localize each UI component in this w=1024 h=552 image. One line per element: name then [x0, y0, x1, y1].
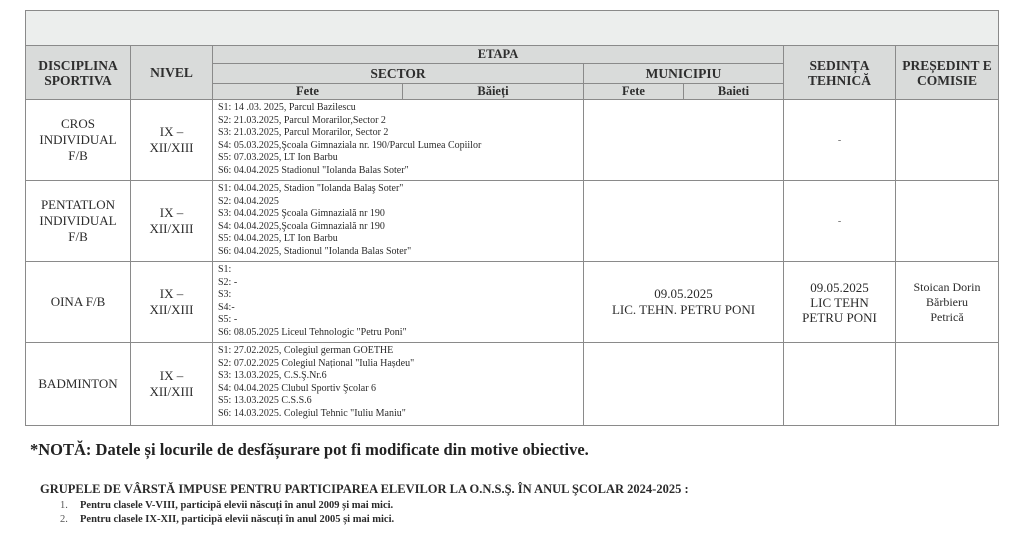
- municipiu-cell: [584, 100, 784, 181]
- sedinta-cell-line: PETRU PONI: [784, 310, 895, 325]
- disciplina-cell: PENTATLONINDIVIDUALF/B: [26, 181, 131, 262]
- sedinta-cell-line: -: [784, 133, 895, 148]
- age-group-item: 1.Pentru clasele V-VIII, participă elevi…: [60, 500, 394, 514]
- presedinte-cell-line: Bărbieru: [896, 295, 998, 310]
- sedinta-cell: [784, 343, 896, 426]
- municipiu-cell: [584, 343, 784, 426]
- header-municipiu: MUNICIPIU: [584, 64, 784, 84]
- header-etapa: ETAPA: [213, 46, 784, 64]
- nivel-cell-line: IX –: [131, 368, 212, 384]
- sector-cell-line: S5: 07.03.2025, LT Ion Barbu: [218, 152, 583, 165]
- sector-cell-line: S6: 08.05.2025 Liceul Tehnologic "Petru …: [218, 327, 583, 340]
- sector-cell-line: S4: 05.03.2025,Şcoala Gimnaziala nr. 190…: [218, 140, 583, 153]
- sector-cell-line: S6: 04.04.2025 Stadionul "Iolanda Balas …: [218, 165, 583, 178]
- age-groups-list: 1.Pentru clasele V-VIII, participă elevi…: [60, 500, 394, 528]
- sector-cell: S1: 04.04.2025, Stadion "Iolanda Balaş S…: [213, 181, 584, 262]
- municipiu-cell-line: 09.05.2025: [584, 286, 783, 302]
- sedinta-cell: 09.05.2025LIC TEHNPETRU PONI: [784, 262, 896, 343]
- disciplina-cell-line: OINA F/B: [26, 294, 130, 310]
- sector-cell-line: S6: 04.04.2025, Stadionul "Iolanda Balas…: [218, 246, 583, 259]
- sector-cell: S1:S2: -S3:S4:-S5: -S6: 08.05.2025 Liceu…: [213, 262, 584, 343]
- nivel-cell: IX –XII/XIII: [131, 343, 213, 426]
- header-disciplina: DISCIPLINA SPORTIVA: [26, 46, 131, 100]
- disciplina-cell: OINA F/B: [26, 262, 131, 343]
- header-sector-fete: Fete: [213, 84, 403, 100]
- table-row: CROSINDIVIDUALF/BIX –XII/XIIIS1: 14 .03.…: [26, 100, 999, 181]
- sector-cell-line: S3: 04.04.2025 Şcoala Gimnazială nr 190: [218, 208, 583, 221]
- sector-cell-line: S2: 04.04.2025: [218, 196, 583, 209]
- item-number: 1.: [60, 500, 80, 511]
- disciplina-cell-line: INDIVIDUAL: [26, 132, 130, 148]
- header-sedinta: SEDINȚA TEHNICĂ: [784, 46, 896, 100]
- sedinta-cell: -: [784, 100, 896, 181]
- sector-cell-line: S2: 07.02.2025 Colegiul Național "Iulia …: [218, 358, 583, 371]
- sector-cell-line: S6: 14.03.2025. Colegiul Tehnic "Iuliu M…: [218, 408, 583, 421]
- item-text: Pentru clasele V-VIII, participă elevii …: [80, 500, 393, 511]
- presedinte-cell-line: Stoican Dorin: [896, 280, 998, 295]
- nivel-cell: IX –XII/XIII: [131, 262, 213, 343]
- table-body: CROSINDIVIDUALF/BIX –XII/XIIIS1: 14 .03.…: [26, 100, 999, 426]
- nivel-cell-line: IX –: [131, 124, 212, 140]
- sedinta-cell: -: [784, 181, 896, 262]
- disciplina-cell-line: BADMINTON: [26, 376, 130, 392]
- nivel-cell-line: IX –: [131, 205, 212, 221]
- nivel-cell: IX –XII/XIII: [131, 100, 213, 181]
- table-title-row: [26, 11, 999, 46]
- age-groups-title: GRUPELE DE VÂRSTĂ IMPUSE PENTRU PARTICIP…: [40, 482, 689, 497]
- sector-cell-line: S5: -: [218, 314, 583, 327]
- sector-cell-line: S3: 21.03.2025, Parcul Morarilor, Sector…: [218, 127, 583, 140]
- note-text: *NOTĂ: Datele și locurile de desfășurare…: [30, 440, 589, 460]
- sector-cell-line: S1: 04.04.2025, Stadion "Iolanda Balaş S…: [218, 183, 583, 196]
- age-group-item: 2.Pentru clasele IX-XII, participă elevi…: [60, 514, 394, 528]
- disciplina-cell-line: INDIVIDUAL: [26, 213, 130, 229]
- header-sector-baieti: Băieți: [403, 84, 584, 100]
- header-sector: SECTOR: [213, 64, 584, 84]
- disciplina-cell: CROSINDIVIDUALF/B: [26, 100, 131, 181]
- nivel-cell-line: XII/XIII: [131, 302, 212, 318]
- presedinte-cell: [896, 343, 999, 426]
- nivel-cell: IX –XII/XIII: [131, 181, 213, 262]
- sector-cell-line: S1: 27.02.2025, Colegiul german GOETHE: [218, 345, 583, 358]
- municipiu-cell: 09.05.2025LIC. TEHN. PETRU PONI: [584, 262, 784, 343]
- table-row: BADMINTONIX –XII/XIIIS1: 27.02.2025, Col…: [26, 343, 999, 426]
- sedinta-cell-line: -: [784, 214, 895, 229]
- disciplina-cell-line: PENTATLON: [26, 197, 130, 213]
- sector-cell-line: S4:-: [218, 302, 583, 315]
- sector-cell-line: S4: 04.04.2025,Şcoala Gimnazială nr 190: [218, 221, 583, 234]
- presedinte-cell: [896, 181, 999, 262]
- sector-cell-line: S5: 13.03.2025 C.S.S.6: [218, 395, 583, 408]
- table-title-cell: [26, 11, 999, 46]
- municipiu-cell-line: LIC. TEHN. PETRU PONI: [584, 302, 783, 318]
- sector-cell-line: S1: 14 .03. 2025, Parcul Bazilescu: [218, 102, 583, 115]
- sector-cell-line: S3:: [218, 289, 583, 302]
- header-municipiu-fete: Fete: [584, 84, 684, 100]
- nivel-cell-line: XII/XIII: [131, 140, 212, 156]
- disciplina-cell-line: F/B: [26, 229, 130, 245]
- competition-schedule-table: DISCIPLINA SPORTIVA NIVEL ETAPA SEDINȚA …: [25, 10, 999, 426]
- item-text: Pentru clasele IX-XII, participă elevii …: [80, 514, 394, 525]
- disciplina-cell: BADMINTON: [26, 343, 131, 426]
- disciplina-cell-line: F/B: [26, 148, 130, 164]
- presedinte-cell-line: Petrică: [896, 310, 998, 325]
- nivel-cell-line: IX –: [131, 286, 212, 302]
- sector-cell: S1: 27.02.2025, Colegiul german GOETHES2…: [213, 343, 584, 426]
- disciplina-cell-line: CROS: [26, 116, 130, 132]
- sector-cell-line: S3: 13.03.2025, C.S.Ş.Nr.6: [218, 370, 583, 383]
- municipiu-cell: [584, 181, 784, 262]
- sector-cell: S1: 14 .03. 2025, Parcul BazilescuS2: 21…: [213, 100, 584, 181]
- sector-cell-line: S4: 04.04.2025 Clubul Sportiv Şcolar 6: [218, 383, 583, 396]
- sedinta-cell-line: LIC TEHN: [784, 295, 895, 310]
- sector-cell-line: S2: 21.03.2025, Parcul Morarilor,Sector …: [218, 115, 583, 128]
- nivel-cell-line: XII/XIII: [131, 384, 212, 400]
- table-row: PENTATLONINDIVIDUALF/BIX –XII/XIIIS1: 04…: [26, 181, 999, 262]
- header-municipiu-baieti: Baieti: [684, 84, 784, 100]
- sector-cell-line: S2: -: [218, 277, 583, 290]
- header-nivel: NIVEL: [131, 46, 213, 100]
- sedinta-cell-line: 09.05.2025: [784, 280, 895, 295]
- table-row: OINA F/BIX –XII/XIIIS1:S2: -S3:S4:-S5: -…: [26, 262, 999, 343]
- header-presedinte: PREȘEDINT E COMISIE: [896, 46, 999, 100]
- sector-cell-line: S5: 04.04.2025, LT Ion Barbu: [218, 233, 583, 246]
- sector-cell-line: S1:: [218, 264, 583, 277]
- presedinte-cell: [896, 100, 999, 181]
- presedinte-cell: Stoican DorinBărbieruPetrică: [896, 262, 999, 343]
- item-number: 2.: [60, 514, 80, 525]
- nivel-cell-line: XII/XIII: [131, 221, 212, 237]
